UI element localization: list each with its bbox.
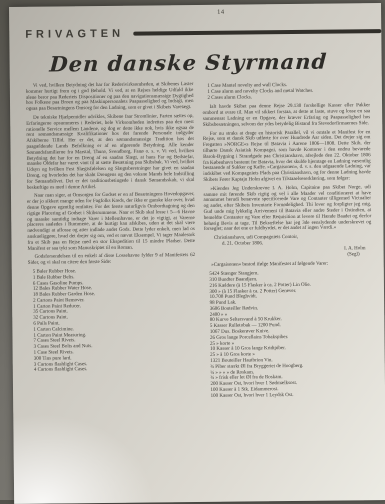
masthead-row: FRIVAGTEN [25,25,369,41]
right-column: 1 Case Mantel novelty and wall Clocks.1 … [202,80,373,403]
paragraph: Godsforsendelsen til en enkelt af disse … [28,253,196,266]
page-number: 14 [217,9,225,16]
paragraph: De tekniske Hjælpemidler udvikles, Skibe… [26,114,194,191]
list-item: 100 Kasser Ost, hvori hver 1 Leydsk Ost. [206,392,374,400]
article-columns: Vi ved, hvilken Betydning det har for Re… [26,80,373,405]
magazine-page: 14 FRIVAGTEN Den danske Styrmand Vi ved,… [9,3,385,500]
list-item: 2 Cases alarm Clocks. [202,94,370,102]
paragraph: Naar man siger, at Omsorgen for Godset e… [27,192,195,252]
quote-paragraph: »Kiendes Jeg Underskrevne I. A. Holm, Ca… [203,185,371,233]
cargo-intro: »Cargaisonen« bestod ifølge Manifestet a… [204,261,372,269]
paragraph: Vi ved, hvilken Betydning det har for Re… [26,82,194,113]
signature-seal: (Segl) [204,252,372,260]
list-item: 4 Cartons flashlight Cases. [29,366,197,374]
signature-block: Christianshavn, udi Compagniets Contoir,… [204,234,372,259]
cargo-list: 5424 Stænger Stangjern.310 Bundter Baand… [204,270,373,399]
masthead-title: FRIVAGTEN [25,28,124,41]
paragraph: Ialt havde Skibet paa denne Rejse 29.130… [203,104,371,129]
paragraph: For nu straks at drage en historisk Para… [203,130,371,184]
left-column: Vi ved, hvilken Betydning det har for Re… [26,82,197,405]
clocks-list: 1 Case Mantel novelty and wall Clocks.1 … [202,82,370,101]
manifest-list: 5 Baler Rubber Hose.1 Bale Rubber Belts.… [28,268,197,374]
header-rule [133,29,381,35]
article-title: Den danske Styrmand [49,48,370,76]
